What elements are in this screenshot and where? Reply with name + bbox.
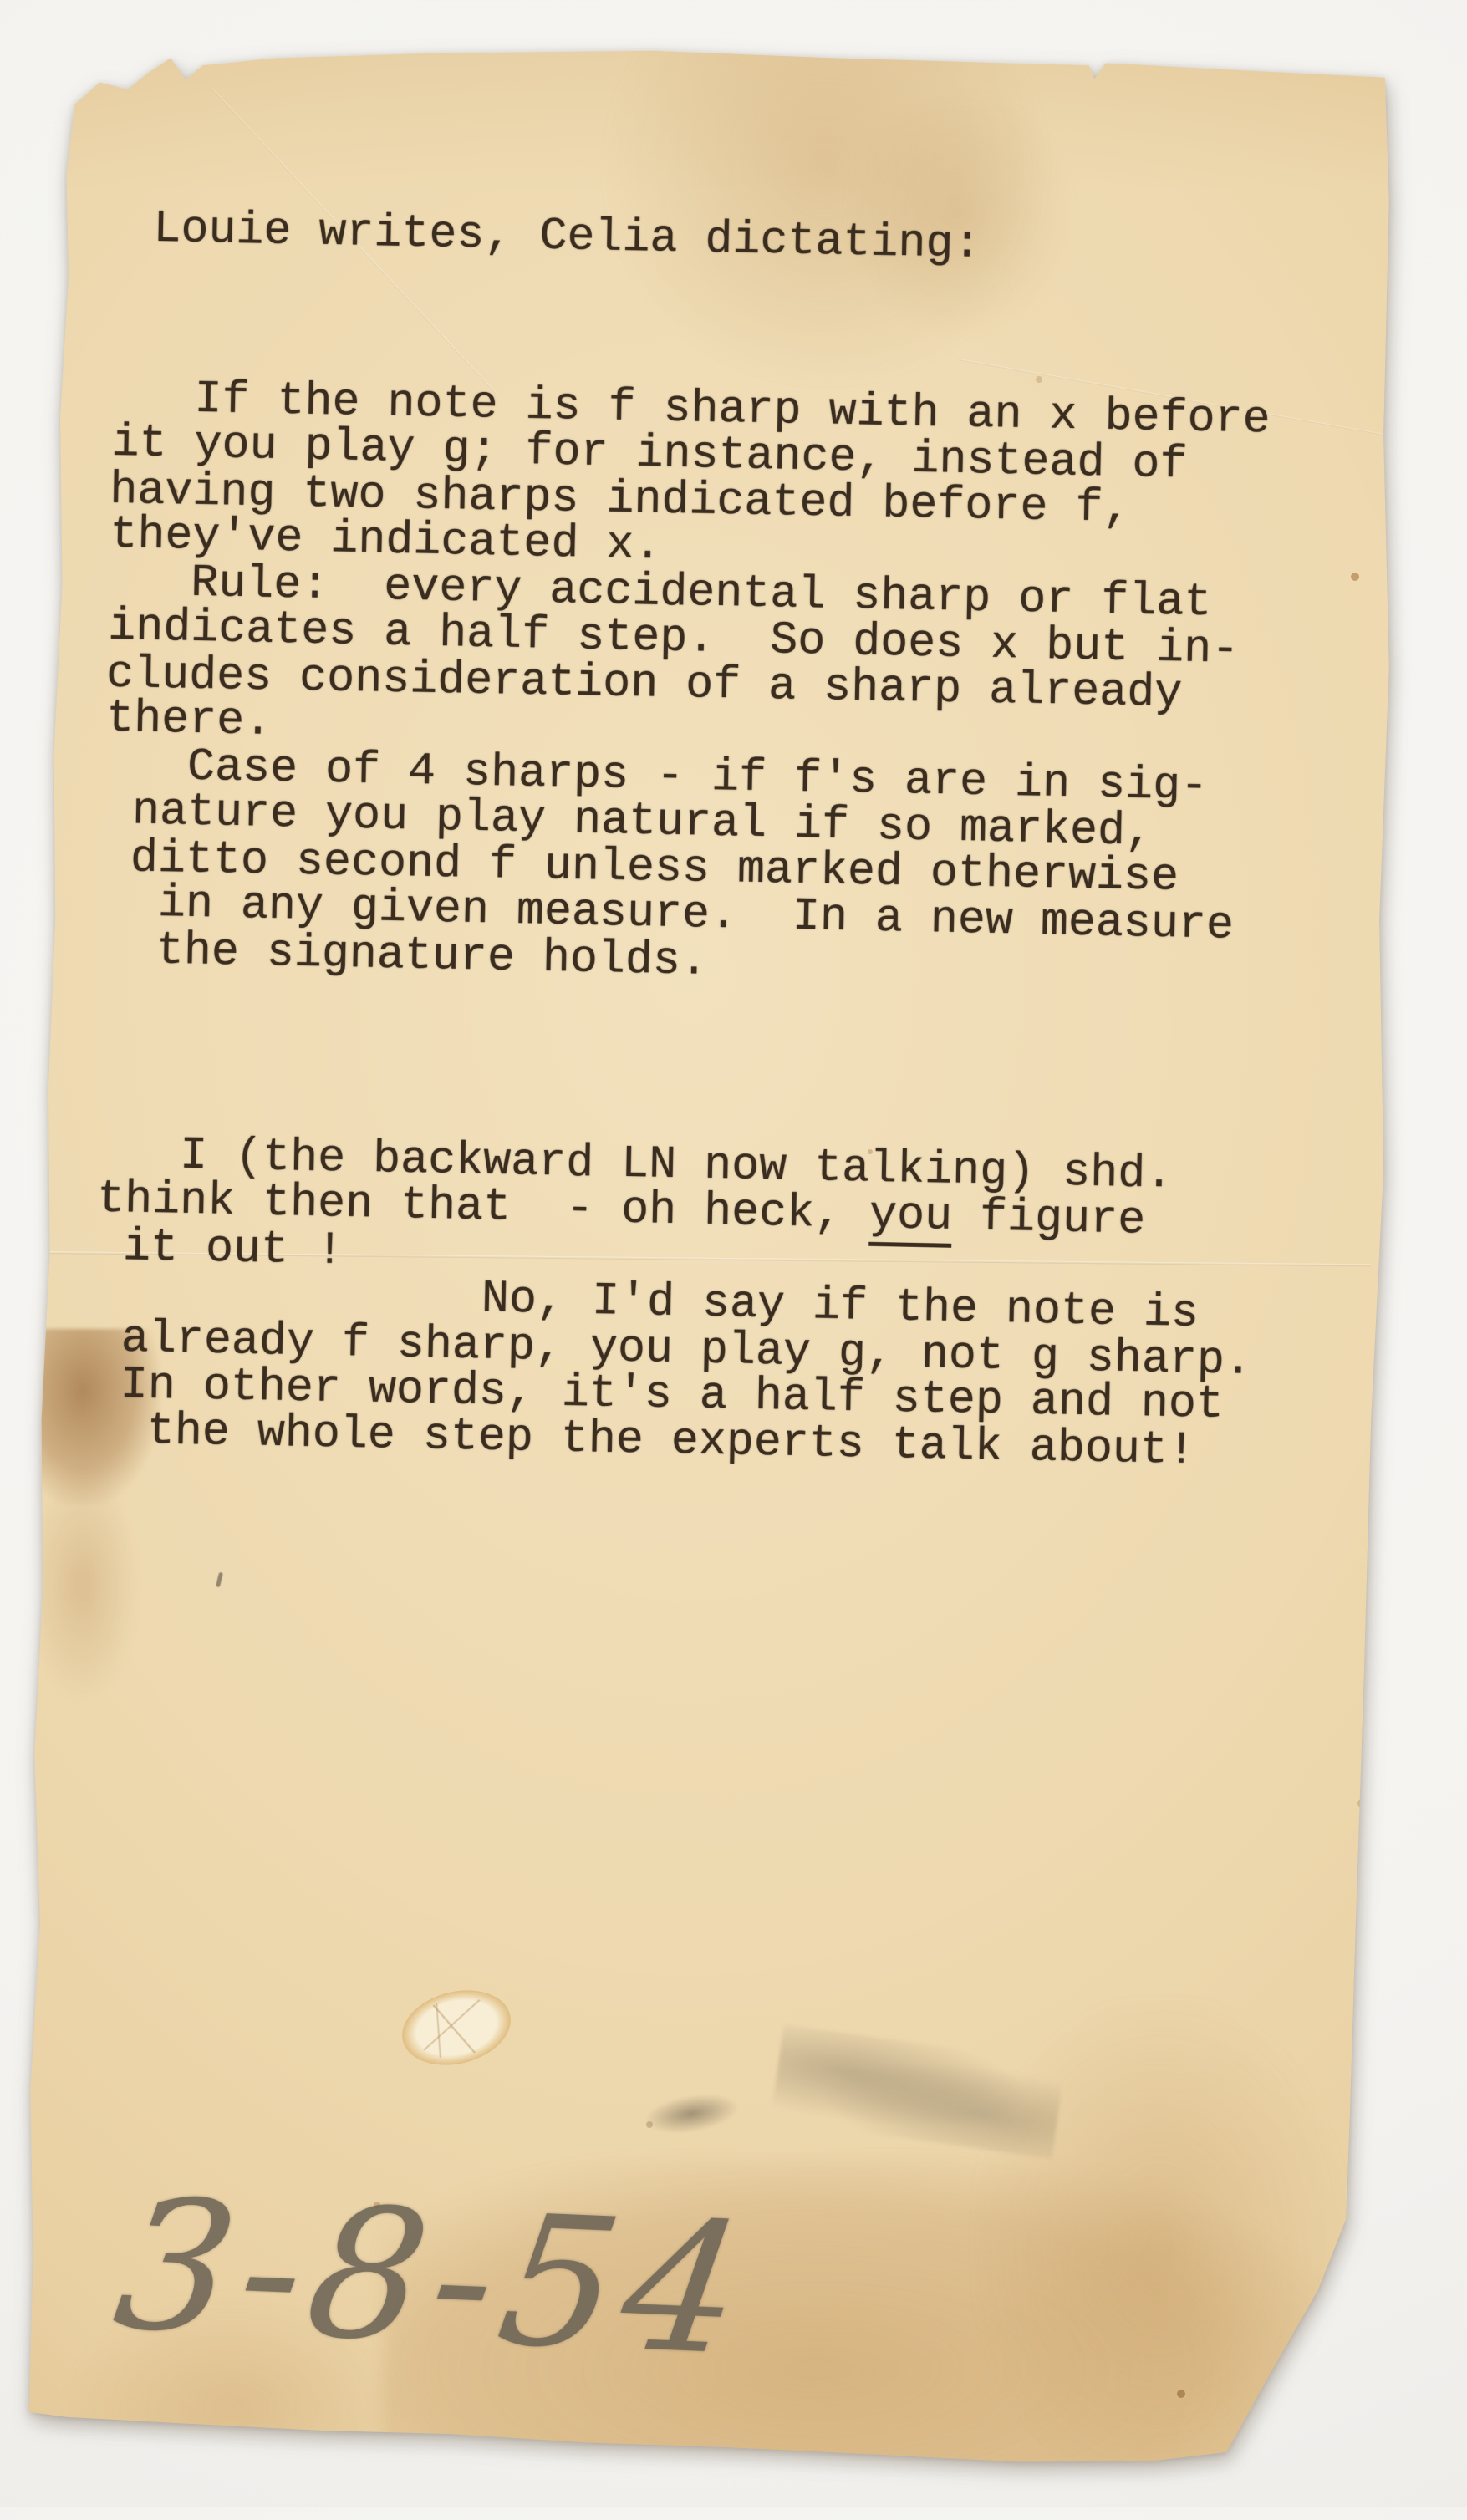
salutation: Louie writes, Celia dictating: bbox=[153, 206, 1369, 275]
typed-text-block: Louie writes, Celia dictating: If the no… bbox=[91, 205, 1368, 1477]
para-rule: Rule: every accidental sharp or flatindi… bbox=[105, 558, 1363, 766]
scanned-letter: Louie writes, Celia dictating: If the no… bbox=[0, 0, 1467, 2507]
para-sharps-x: If the note is f sharp with an x beforei… bbox=[109, 374, 1366, 583]
para-four-sharps: Case of 4 sharps - if f's are in sig- na… bbox=[100, 742, 1358, 996]
handwritten-date: 3-8-54 bbox=[104, 2160, 763, 2395]
paper-sheet: Louie writes, Celia dictating: If the no… bbox=[23, 46, 1413, 2474]
foxing-dots bbox=[23, 46, 28, 51]
typed-text: figure bbox=[951, 1190, 1145, 1247]
para-reply: I (the backward LN now talking) shd.thin… bbox=[91, 1131, 1351, 1477]
letter-content: Louie writes, Celia dictating: If the no… bbox=[72, 205, 1369, 2485]
paragraph-list: If the note is f sharp with an x beforei… bbox=[91, 374, 1365, 1477]
